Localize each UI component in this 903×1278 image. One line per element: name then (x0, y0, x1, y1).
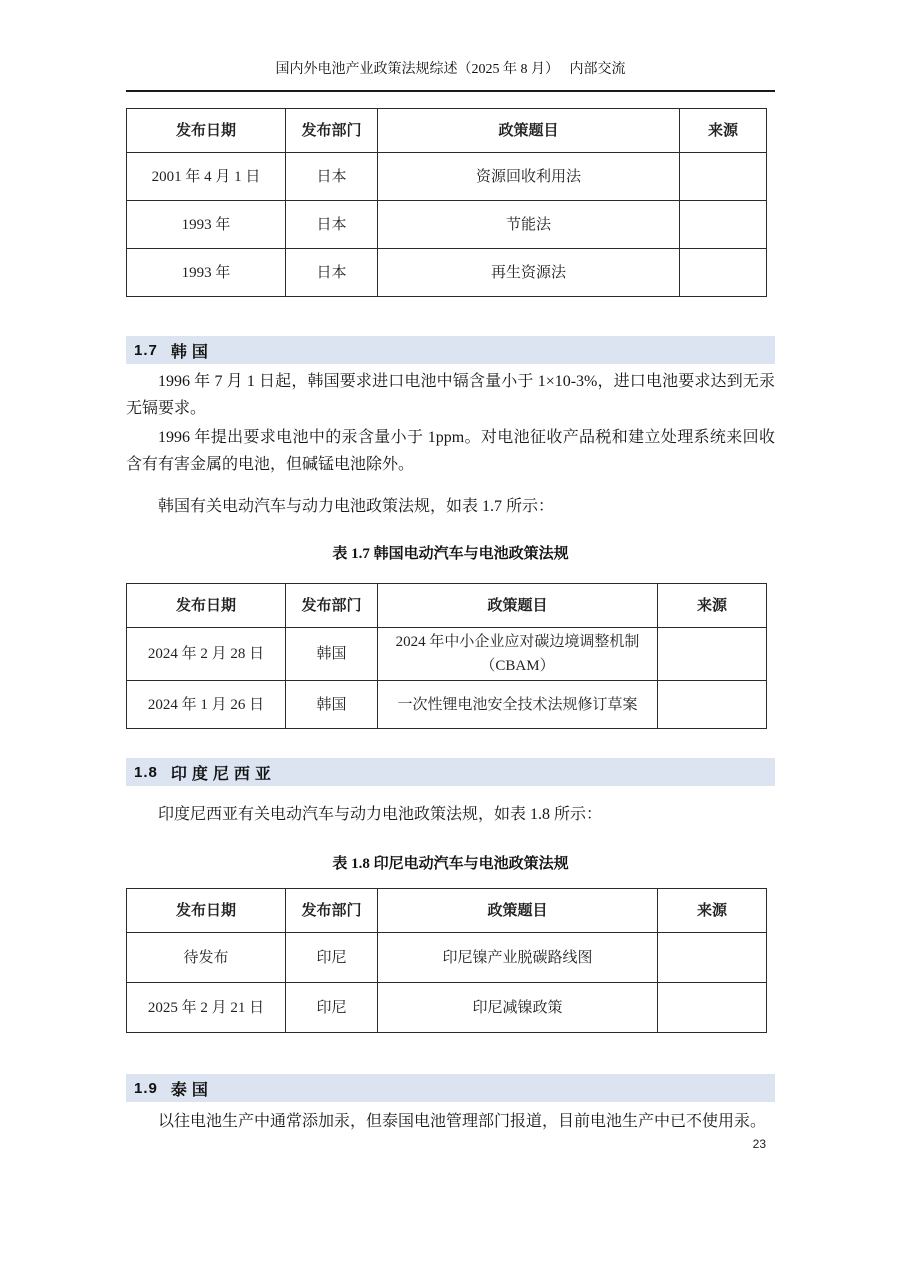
column-header-department: 发布部门 (286, 889, 378, 933)
cell-policy-title: 2024 年中小企业应对碳边境调整机制 （CBAM） (378, 628, 658, 681)
cell-source (680, 249, 767, 297)
table-header-row: 发布日期 发布部门 政策题目 来源 (127, 584, 767, 628)
cell-department: 日本 (286, 249, 378, 297)
column-header-department: 发布部门 (286, 109, 378, 153)
table-row: 2024 年 2 月 28 日 韩国 2024 年中小企业应对碳边境调整机制 （… (127, 628, 767, 681)
cell-source (658, 983, 767, 1033)
column-header-policy-title: 政策题目 (378, 889, 658, 933)
cell-department: 印尼 (286, 933, 378, 983)
cell-date: 1993 年 (127, 201, 286, 249)
paragraph: 韩国有关电动汽车与动力电池政策法规，如表 1.7 所示： (126, 493, 775, 520)
cell-department: 印尼 (286, 983, 378, 1033)
cell-policy-title: 节能法 (378, 201, 680, 249)
cell-source (658, 681, 767, 729)
paragraph: 印度尼西亚有关电动汽车与动力电池政策法规，如表 1.8 所示： (126, 801, 775, 828)
cell-date: 2025 年 2 月 21 日 (127, 983, 286, 1033)
column-header-policy-title: 政策题目 (378, 109, 680, 153)
cell-policy-title: 再生资源法 (378, 249, 680, 297)
table-caption-indonesia: 表 1.8 印尼电动汽车与电池政策法规 (126, 852, 775, 873)
policy-table-korea: 发布日期 发布部门 政策题目 来源 2024 年 2 月 28 日 韩国 202… (126, 583, 767, 729)
policy-table-indonesia: 发布日期 发布部门 政策题目 来源 待发布 印尼 印尼镍产业脱碳路线图 2025… (126, 888, 767, 1033)
header-title: 国内外电池产业政策法规综述（2025 年 8 月） 内部交流 (276, 62, 626, 77)
cell-source (658, 933, 767, 983)
table-caption-korea: 表 1.7 韩国电动汽车与电池政策法规 (126, 542, 775, 563)
section-title: 韩国 (171, 339, 213, 362)
document-page: 国内外电池产业政策法规综述（2025 年 8 月） 内部交流 发布日期 发布部门… (0, 0, 903, 1278)
section-number: 1.8 (134, 764, 158, 781)
cell-policy-title: 资源回收利用法 (378, 153, 680, 201)
section-number: 1.7 (134, 342, 158, 359)
table-row: 2024 年 1 月 26 日 韩国 一次性锂电池安全技术法规修订草案 (127, 681, 767, 729)
section-heading-korea: 1.7 韩国 (126, 336, 775, 364)
column-header-department: 发布部门 (286, 584, 378, 628)
table-row: 2001 年 4 月 1 日 日本 资源回收利用法 (127, 153, 767, 201)
document-header: 国内外电池产业政策法规综述（2025 年 8 月） 内部交流 (126, 60, 775, 92)
page-number: 23 (126, 1137, 766, 1151)
column-header-source: 来源 (658, 584, 767, 628)
cell-date: 2024 年 2 月 28 日 (127, 628, 286, 681)
column-header-date: 发布日期 (127, 109, 286, 153)
column-header-source: 来源 (658, 889, 767, 933)
cell-source (658, 628, 767, 681)
cell-date: 待发布 (127, 933, 286, 983)
paragraph: 1996 年提出要求电池中的汞含量小于 1ppm。对电池征收产品税和建立处理系统… (126, 424, 775, 478)
table-row: 1993 年 日本 节能法 (127, 201, 767, 249)
section-title: 印度尼西亚 (171, 761, 276, 784)
cell-policy-title: 印尼镍产业脱碳路线图 (378, 933, 658, 983)
cell-department: 韩国 (286, 681, 378, 729)
cell-department: 日本 (286, 153, 378, 201)
section-heading-thailand: 1.9 泰国 (126, 1074, 775, 1102)
cell-policy-title: 一次性锂电池安全技术法规修订草案 (378, 681, 658, 729)
column-header-date: 发布日期 (127, 584, 286, 628)
section-heading-indonesia: 1.8 印度尼西亚 (126, 758, 775, 786)
cell-source (680, 153, 767, 201)
cell-date: 1993 年 (127, 249, 286, 297)
paragraph: 以往电池生产中通常添加汞，但泰国电池管理部门报道，目前电池生产中已不使用汞。 (126, 1108, 775, 1135)
table-header-row: 发布日期 发布部门 政策题目 来源 (127, 889, 767, 933)
column-header-policy-title: 政策题目 (378, 584, 658, 628)
policy-table-japan: 发布日期 发布部门 政策题目 来源 2001 年 4 月 1 日 日本 资源回收… (126, 108, 767, 297)
table-header-row: 发布日期 发布部门 政策题目 来源 (127, 109, 767, 153)
cell-department: 韩国 (286, 628, 378, 681)
column-header-source: 来源 (680, 109, 767, 153)
section-number: 1.9 (134, 1080, 158, 1097)
cell-source (680, 201, 767, 249)
table-row: 2025 年 2 月 21 日 印尼 印尼减镍政策 (127, 983, 767, 1033)
cell-policy-title: 印尼减镍政策 (378, 983, 658, 1033)
cell-date: 2024 年 1 月 26 日 (127, 681, 286, 729)
cell-department: 日本 (286, 201, 378, 249)
table-row: 待发布 印尼 印尼镍产业脱碳路线图 (127, 933, 767, 983)
section-title: 泰国 (171, 1077, 213, 1100)
table-row: 1993 年 日本 再生资源法 (127, 249, 767, 297)
paragraph: 1996 年 7 月 1 日起，韩国要求进口电池中镉含量小于 1×10-3%，进… (126, 368, 775, 422)
cell-date: 2001 年 4 月 1 日 (127, 153, 286, 201)
column-header-date: 发布日期 (127, 889, 286, 933)
